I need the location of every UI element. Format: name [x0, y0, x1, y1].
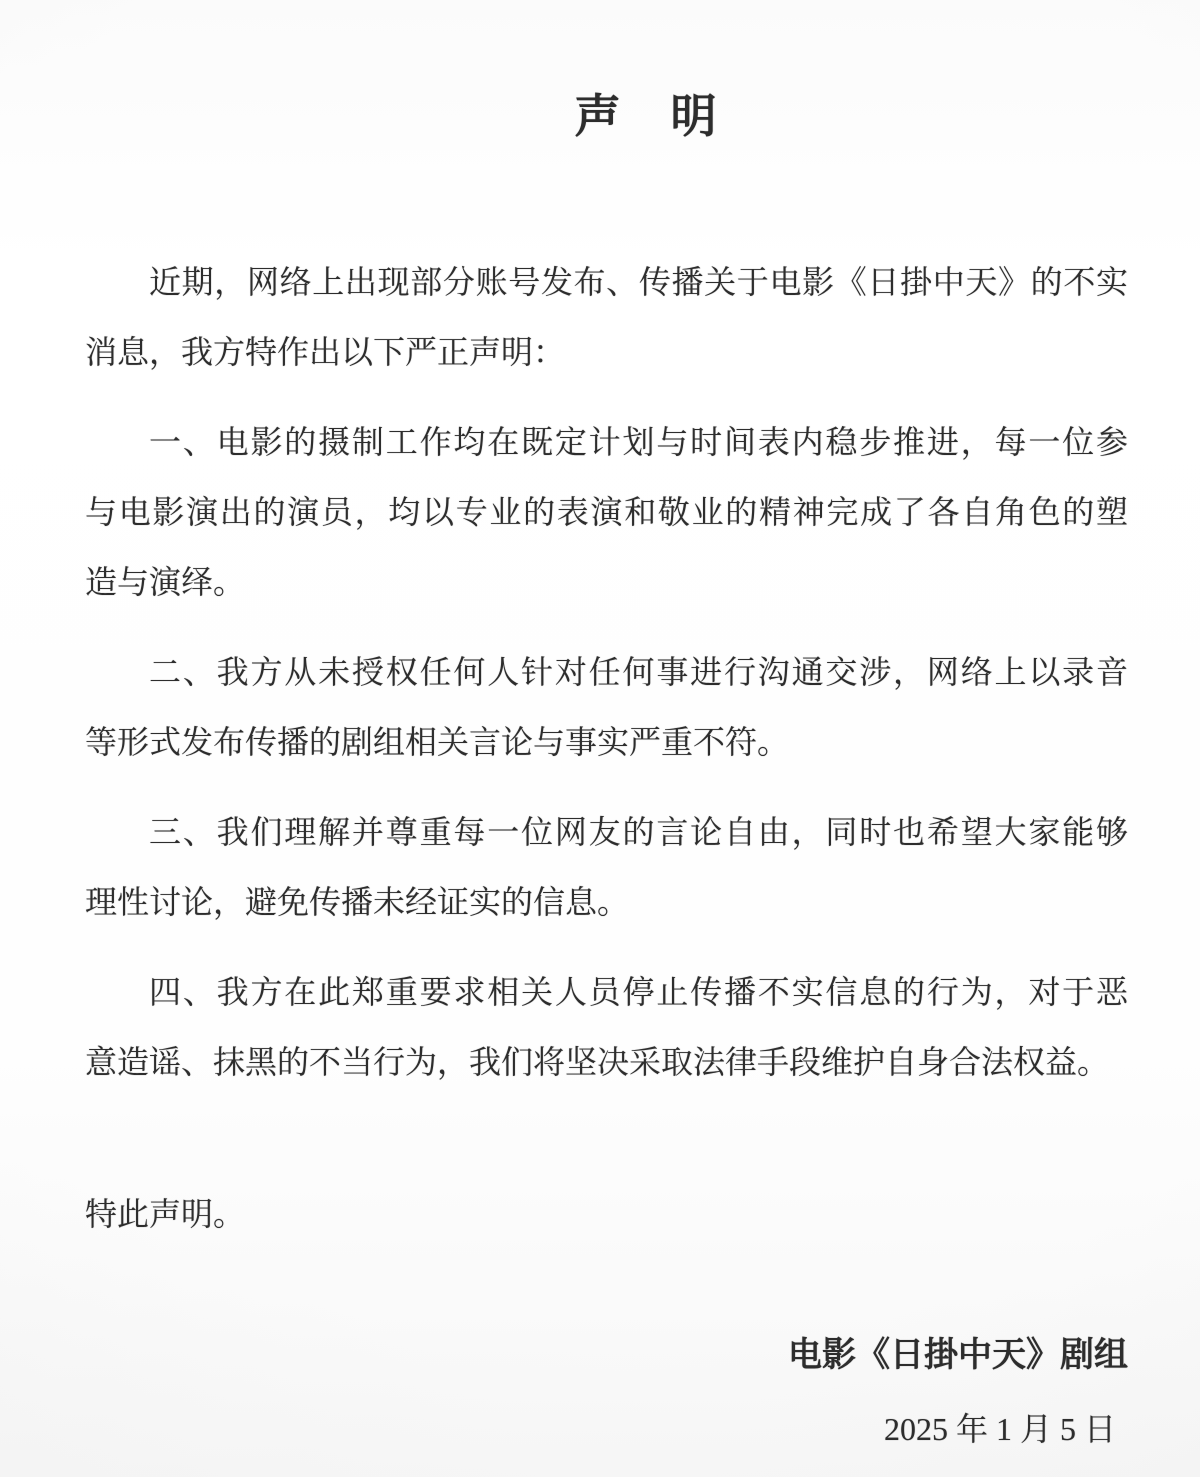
signature-block: 电影《日掛中天》剧组 2025 年 1 月 5 日: [85, 1334, 1128, 1450]
text-line: 与电影演出的演员，均以专业的表演和敬业的精神完成了各自角色的塑: [85, 477, 1128, 547]
paragraph-intro: 近期，网络上出现部分账号发布、传播关于电影《日掛中天》的不实 消息，我方特作出以…: [85, 247, 1128, 387]
text-line: 造与演绎。: [85, 547, 1128, 617]
text-line: 消息，我方特作出以下严正声明：: [85, 317, 1128, 387]
text-line: 理性讨论，避免传播未经证实的信息。: [85, 867, 1128, 937]
statement-item-4: 四、我方在此郑重要求相关人员停止传播不实信息的行为，对于恶 意造谣、抹黑的不当行…: [85, 957, 1128, 1097]
signature: 电影《日掛中天》剧组: [85, 1334, 1128, 1378]
text-line: 一、电影的摄制工作均在既定计划与时间表内稳步推进，每一位参: [85, 407, 1128, 477]
text-line: 四、我方在此郑重要求相关人员停止传播不实信息的行为，对于恶: [85, 957, 1128, 1027]
document-title: 声 明: [125, 92, 1168, 142]
text-line: 意造谣、抹黑的不当行为，我们将坚决采取法律手段维护自身合法权益。: [85, 1027, 1128, 1097]
date: 2025 年 1 月 5 日: [85, 1408, 1128, 1450]
text-line: 三、我们理解并尊重每一位网友的言论自由，同时也希望大家能够: [85, 797, 1128, 867]
statement-item-3: 三、我们理解并尊重每一位网友的言论自由，同时也希望大家能够 理性讨论，避免传播未…: [85, 797, 1128, 937]
text-line: 等形式发布传播的剧组相关言论与事实严重不符。: [85, 707, 1128, 777]
statement-document: 声 明 近期，网络上出现部分账号发布、传播关于电影《日掛中天》的不实 消息，我方…: [0, 0, 1200, 1477]
statement-item-1: 一、电影的摄制工作均在既定计划与时间表内稳步推进，每一位参 与电影演出的演员，均…: [85, 407, 1128, 617]
text-line: 近期，网络上出现部分账号发布、传播关于电影《日掛中天》的不实: [85, 247, 1128, 317]
statement-item-2: 二、我方从未授权任何人针对任何事进行沟通交涉，网络上以录音 等形式发布传播的剧组…: [85, 637, 1128, 777]
text-line: 二、我方从未授权任何人针对任何事进行沟通交涉，网络上以录音: [85, 637, 1128, 707]
closing-line: 特此声明。: [85, 1179, 1128, 1249]
